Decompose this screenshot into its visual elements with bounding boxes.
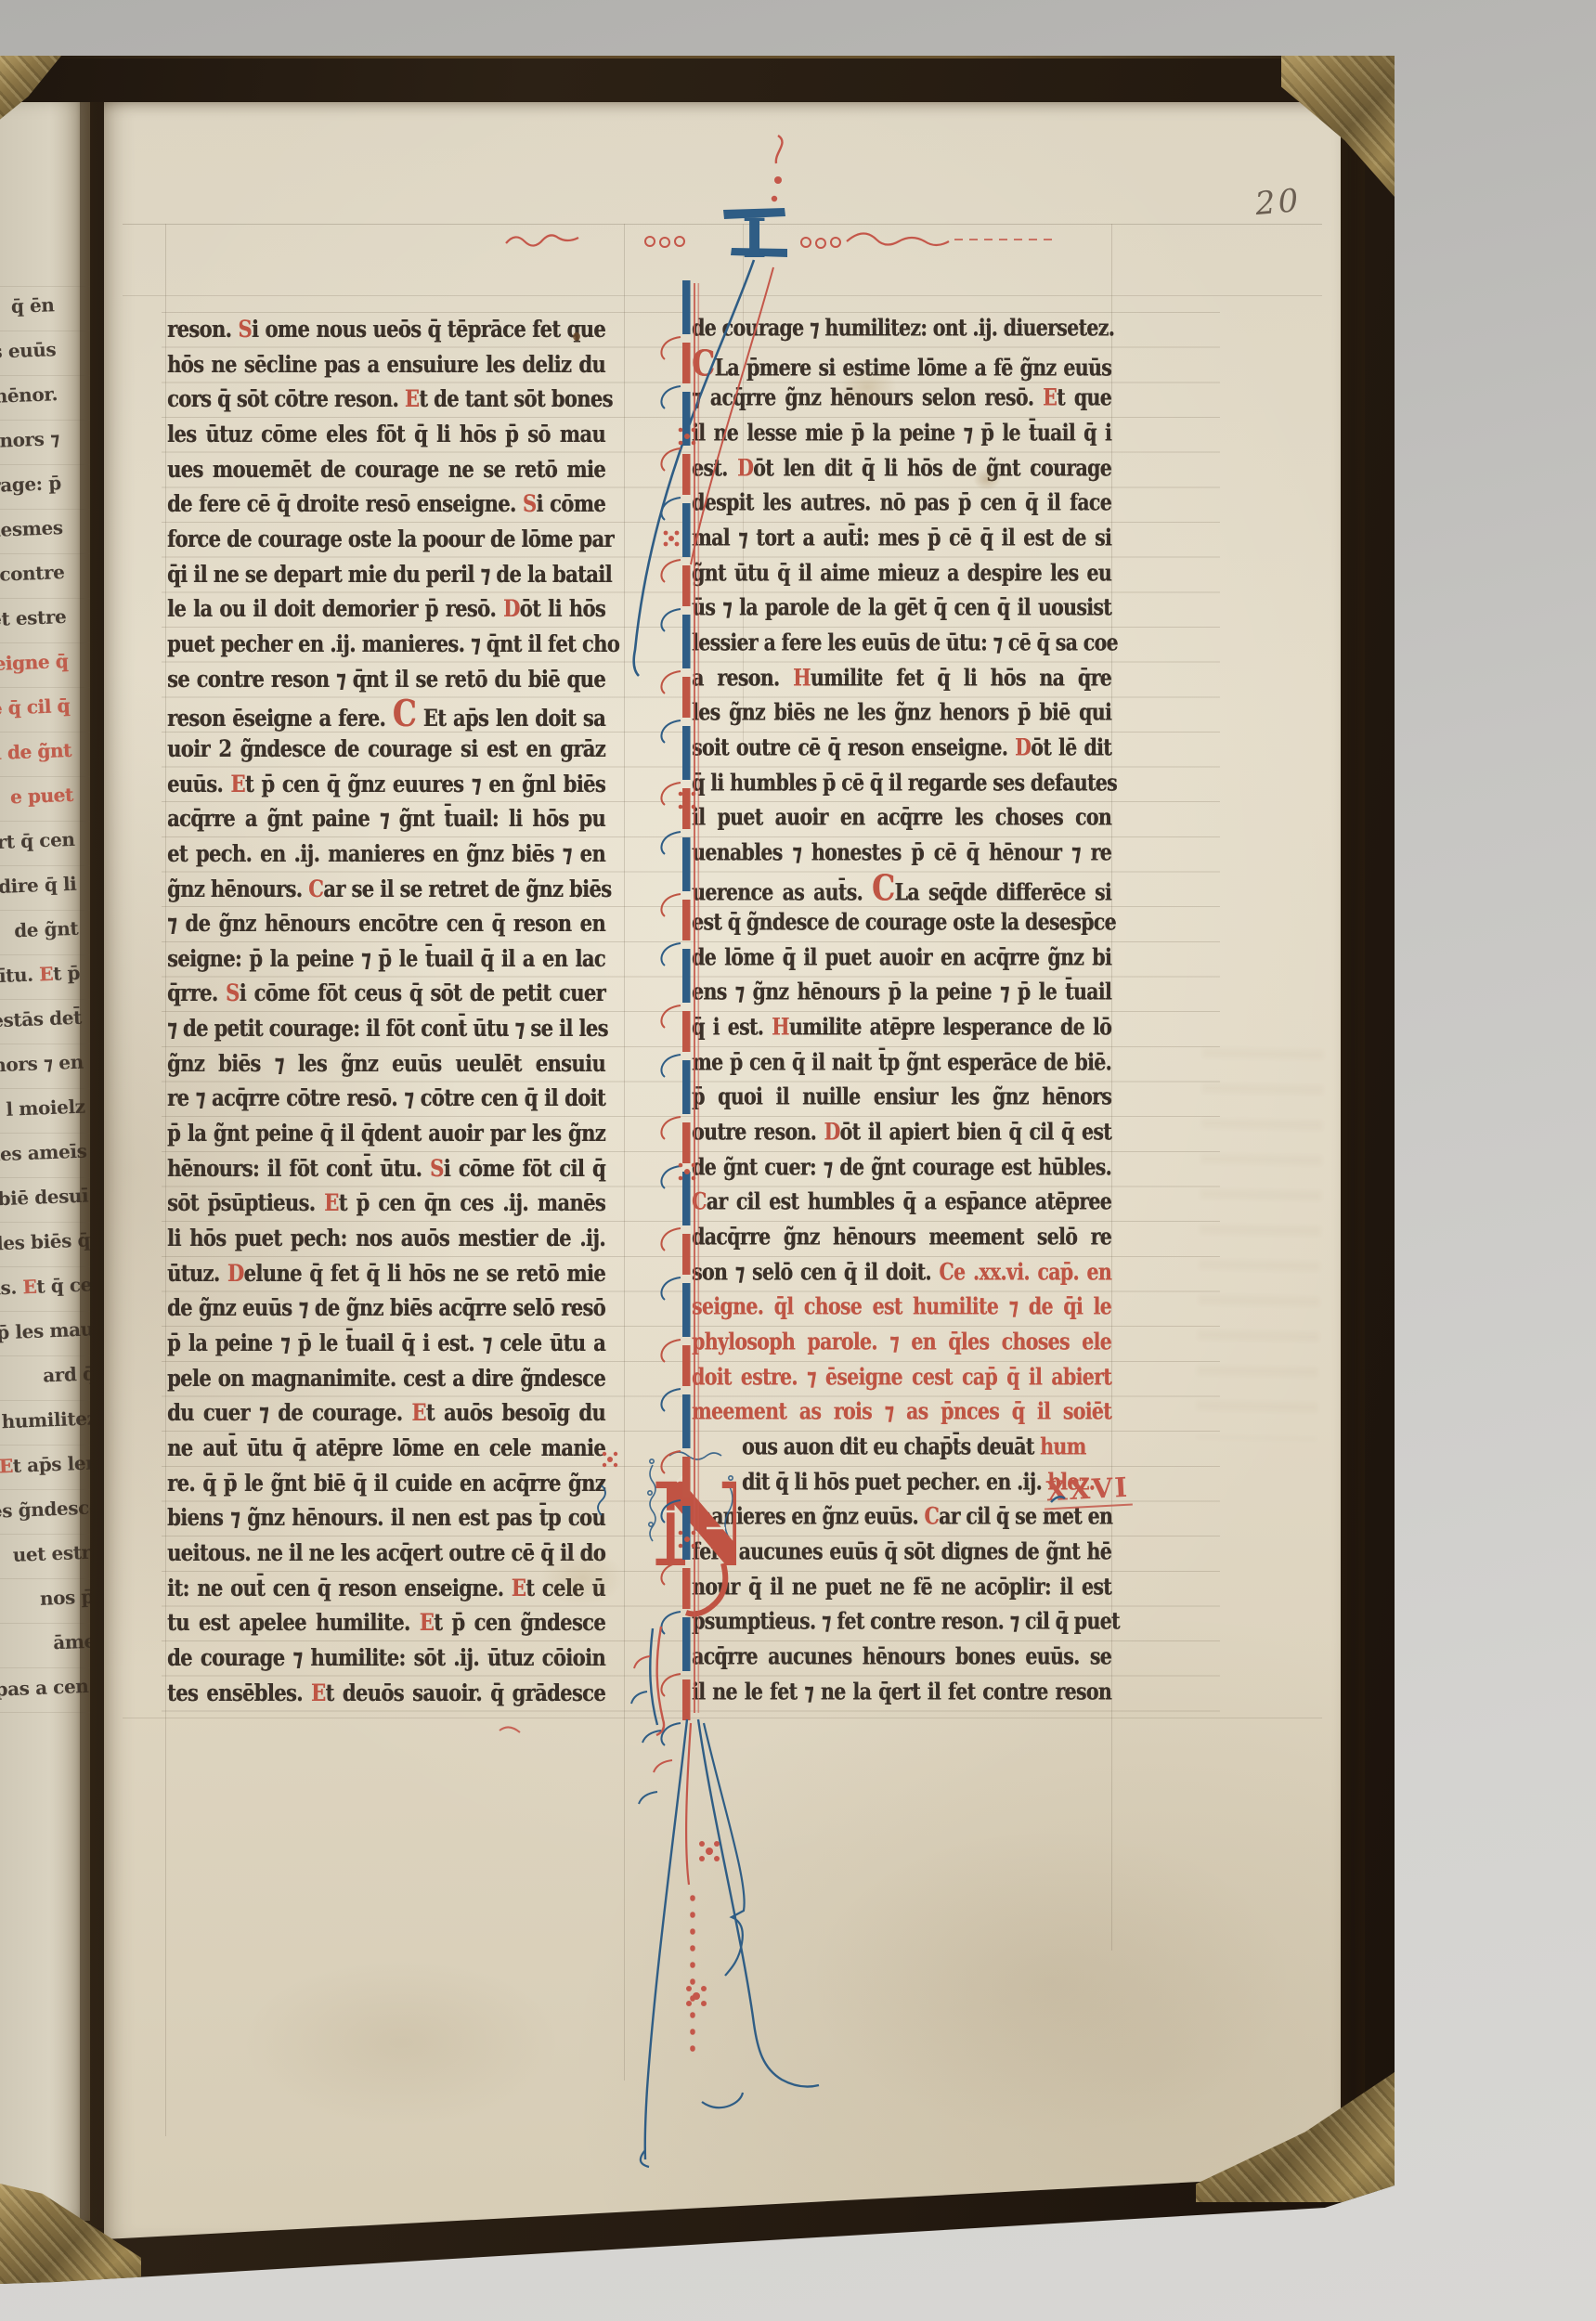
text-segment: Ce .xx.vi. cap̄. en [939,1258,1111,1285]
book: q̄ ēn p̄ncipauīse les euūs de unt hēnor.… [0,56,1395,2284]
text-segment: reson. [167,315,238,344]
text-segment: est q̄ g̃ndesce de courage oste la deses… [692,909,1116,936]
partial-text-line: es g̃ndesce de [0,1485,90,1534]
text-segment: dacq̄rre g̃nz hēnours meement selō re [692,1224,1111,1251]
text-segment: ne aut̄ ūtu q̄ atēpre lōme en cele manie [167,1433,605,1462]
text-segment: C [308,874,323,902]
text-segment: q̄rre. [167,979,226,1007]
text-segment: eigne q̄ moz dē [0,650,70,688]
text-segment: hēnors ⁊ les euū [0,427,61,465]
text-segment: it: ne out̄ cen q̄ reson enseigne. [167,1573,512,1601]
text-segment: ⁊ de petit courage: il fōt cont̄ ūtu ⁊ s… [167,1014,608,1043]
text-segment: rtu de g̃nt cuer [0,739,73,777]
text-segment: E [512,1573,526,1601]
text-segment: D [1015,733,1031,760]
text-segment: S [430,1153,444,1182]
partial-text-line: eigne q̄ moz dē [0,639,73,688]
text-segment: et biē desuī le [0,1185,90,1223]
text-segment: dert q̄ cen [0,828,75,854]
text-segment: euūs. [167,769,230,797]
text-segment: se les euūs de u [0,338,58,376]
text-segment: seigne: p̄ la peine ⁊ p̄ le t̄uail q̄ il… [167,943,605,971]
text-segment: D [824,1119,839,1146]
partial-text-line: ins. Et q̄ ce [0,1262,90,1311]
decorated-initial: N [645,1450,736,1628]
text-segment: lessier a fere les euūs de ūtu: ⁊ cē q̄ … [692,629,1118,655]
text-segment: C [692,1188,707,1215]
text-segment: S [523,489,537,518]
text-segment: est. [692,454,737,481]
text-segment: acq̄rre a g̃nt paine ⁊ g̃nt t̄uail: li h… [167,804,605,833]
text-segment: cors q̄ sōt cōtre reson. [167,384,405,413]
text-segment: du cuer ⁊ de courage. [167,1398,411,1427]
text-segment: uenables ⁊ honestes p̄ cē q̄ hēnour ⁊ re [692,838,1111,865]
partial-text-line: e p̄ les mau [0,1306,90,1355]
text-segment: hēnors ⁊ en tē [0,1051,85,1089]
partial-text-line: ourage: p̄ cen q̄ [0,460,67,510]
text-segment: ⁊ de g̃nz hēnours encōtre cen q̄ reson e… [167,909,605,938]
text-segment: puet pecher en .ij. manieres. ⁊ q̄nt il … [167,629,619,657]
text-segment: nour q̄ il ne puet ne fē ne acōplir: il … [692,1573,1111,1600]
text-segment: il ne lesse mie p̄ la peine ⁊ p̄ le t̄ua… [692,419,1111,446]
text-segment: les ūtuz cōme eles fōt q̄ li hōs p̄ sō m… [167,419,605,447]
text-segment: soit outre cē q̄ reson enseigne. [692,733,1015,760]
text-segment: p̄sumptieus. ⁊ fet contre reson. ⁊ cil q… [692,1608,1120,1635]
text-segment: destās det̄ a g̃n [0,1006,84,1044]
fore-edge-pages [1341,121,1365,2200]
text-column-left: reson. Si ome nous ueōs q̄ tēprāce fet q… [167,312,605,1710]
ruling-line [123,295,1322,296]
text-segment: uet estre donē [12,1540,90,1578]
text-segment: me p̄ cen q̄ il nait t̄p g̃nt esperāce d… [692,1048,1111,1075]
initial-letter-icon: N [645,1450,736,1628]
text-segment: ueitous. ne il ne les acq̄ert outre cē q… [167,1537,605,1566]
text-segment: mal ⁊ tort a aut̄i: mes p̄ cē q̄ il est … [692,524,1111,551]
text-segment: uillēt estre hēno [0,605,69,643]
text-segment: meement as rois ⁊ as p̄nces q̄ il soiēt [692,1398,1111,1425]
text-segment: ues mouemēt de courage ne se retō mie [167,454,605,483]
partial-text-line: de g̃nt courage ⁊ [0,906,84,955]
partial-text-line: Et ap̄s len doit [0,1440,90,1489]
text-segment: es g̃ndesce de [0,1496,90,1534]
text-segment: E [324,1188,338,1217]
text-segment: ar cil est humbles q̄ a esp̄ance atēpree [707,1188,1111,1215]
partial-text-line: ard q̄ hontes [0,1351,90,1400]
text-segment: umilite atēpre lesperance de lō [789,1014,1111,1041]
text-segment: e humilitez [0,1407,90,1433]
text-segment: fere aucunes euūs q̄ sōt dignes de g̃nt … [692,1537,1111,1564]
partial-text-line: nos p̄s sauoir d [0,1574,90,1623]
text-segment: ōt li hōs [520,594,605,623]
text-segment: ilite q̄ cil q̄ a [0,694,71,733]
parchment-stain [243,1959,559,2126]
text-segment: t p̄ cen q̄n ces .ij. manēs [339,1188,605,1217]
text-segment: li hōs puet pech: nos auōs mestier de .i… [167,1224,605,1252]
text-segment: q̄ i est. [692,1014,772,1041]
manuscript-text-line: tes ensēbles. Et deuōs sauoir. q̄ grādes… [167,1671,605,1714]
text-segment: seigne. q̄l chose est humilite ⁊ de q̄i … [692,1293,1111,1320]
text-segment: son ⁊ selō cen q̄ il doit. [692,1258,939,1285]
text-segment: uoir 2 g̃ndesce de courage si est en grā… [167,733,605,762]
text-segment: E [39,963,54,986]
text-segment: outre reson. [692,1119,824,1146]
text-segment: es mesmes il ne [0,516,65,554]
text-segment: D [227,1258,244,1287]
partial-text-line: uet estre donē [0,1529,90,1578]
partial-text-line: dert q̄ cen hui [0,817,80,866]
manuscript-page: 20 reson. Si ome nous ueōs q̄ tēprāce fe… [104,102,1341,2239]
text-segment: despit les autres. nō pas p̄ cen q̄ il f… [692,489,1111,516]
text-segment: il ne le fet ⁊ ne la q̄ert il fet contre… [692,1678,1111,1705]
text-segment: umilite fet q̄ li hōs na q̄re [811,664,1111,691]
text-segment: ōt il apiert bien q̄ cil q̄ est [840,1119,1111,1146]
partial-text-line: destās det̄ a g̃n [0,994,87,1044]
text-segment: elune q̄ fet q̄ li hōs ne se retō mie [244,1258,605,1287]
text-segment: g̃nz biēs ⁊ les g̃nz euūs ueulēt ensuiu [167,1048,605,1077]
text-segment: doit estre. ⁊ ēseigne cest cap̄ q̄ il ab… [692,1363,1111,1390]
photo-background: q̄ ēn p̄ncipauīse les euūs de unt hēnor.… [0,0,1596,2321]
text-segment: tes ensēbles. [167,1678,311,1706]
text-segment: i cōme [536,489,605,518]
text-segment: e puet estre sau [0,784,75,822]
text-segment: force de courage oste la poour de lōme p… [167,524,614,552]
text-segment: a reson. [692,664,793,691]
text-segment: se contre reson ⁊ q̄nt il se retō du biē… [167,664,605,693]
text-segment: H [793,664,811,691]
text-segment: t de tant sōt bones [419,384,613,413]
partial-text-line: rtu de g̃nt cuer [0,728,77,777]
text-segment: hēnours: il fōt cont̄ ūtu. [167,1153,430,1182]
show-through-smudge [1196,1048,1323,1440]
text-segment: acq̄rre aucunes hēnours bones euūs. se [692,1642,1111,1669]
text-segment: i ome nous ueōs q̄ tēprāce fet que [252,315,605,344]
text-segment: e a dire q̄ li hōs [0,873,77,911]
manuscript-text-line: il ne le fet ⁊ ne la q̄ert il fet contre… [692,1671,1111,1714]
partial-text-line: les ameīs biē [0,1128,90,1177]
text-segment: re. q̄ p̄ le g̃nt biē q̄ il cuide en acq… [167,1468,605,1497]
text-segment: re ⁊ acq̄rre cōtre resō. ⁊ cōtre cen q̄ … [167,1083,605,1112]
text-segment: e p̄ les mau [0,1317,90,1344]
text-segment: phylosoph parole. ⁊ en q̄les choses ele [692,1329,1111,1355]
text-segment: ar se il se retret de g̃nz biēs [323,874,611,902]
text-segment: biens ⁊ g̃nz hēnours. il nen est pas t̄p… [167,1503,605,1532]
partial-text-line: es mesmes il ne [0,505,69,554]
text-segment: p̄ la g̃nt peine q̄ il q̄dent auoir par … [167,1119,605,1148]
text-segment: H [772,1014,789,1041]
parchment-stain [810,1829,1292,2135]
ruling-line [123,1718,1322,1718]
partial-text-line: contre resō: aīz [0,550,70,599]
text-segment: āmes mouemēt [12,1629,90,1667]
text-segment: S [238,315,252,344]
text-segment: E [230,769,244,797]
text-segment: t auōs besoīg du [426,1398,605,1427]
text-segment: D [737,454,753,481]
text-segment: les ameīs biē [0,1140,89,1178]
text-segment: t deuōs sauoir. q̄ grādesce [325,1678,605,1706]
partial-text-line: q̄ ēn p̄ncipauī [0,282,59,331]
text-segment: dit q̄ li hōs puet pecher. en .ij. [742,1468,1047,1495]
text-segment: hum [1040,1433,1085,1460]
text-segment: C [924,1503,939,1530]
partial-text-line: et biē desuī le [0,1173,90,1222]
text-segment: ens ⁊ g̃nz hēnours p̄ la peine ⁊ p̄ le t… [692,979,1111,1005]
partial-text-line: ītu. Et p̄ cen q̄ [0,951,85,1000]
text-segment: E [411,1398,425,1427]
partial-text-line: e puet estre sau [0,772,79,822]
partial-text-line: pas a cen q̄ il s [0,1663,90,1712]
text-segment: ūtuz. [167,1258,227,1287]
text-segment: q̄ ēn p̄ncipauī [0,293,57,331]
text-segment: hōs ne sēcline pas a ensuiure les deliz … [167,349,605,378]
partial-text-line: e a dire q̄ li hōs ut [0,862,82,911]
text-segment: ōt len dit q̄ li hōs de g̃nt courage [753,454,1111,481]
text-segment: le la ou il doit demorier p̄ resō. [167,594,503,623]
text-segment: de g̃nt cuer: ⁊ de g̃nt courage est hūbl… [692,1153,1111,1180]
text-segment: tu est apelee humilite. [167,1608,420,1637]
partial-text-line: l moielz t̄ouer [0,1083,90,1133]
text-segment: E [0,1455,13,1478]
margin-chapter-number: XXVI [1043,1472,1133,1511]
text-segment: E [405,384,419,413]
text-segment: t ap̄s len doit [12,1451,90,1489]
text-segment: t p̄ cen q̄ g̃nz euures ⁊ en g̃nl biēs [245,769,605,797]
ruling-line [123,224,1322,225]
text-segment: D [503,594,520,623]
text-segment: t que [1057,384,1111,411]
text-segment: E [22,1276,37,1299]
text-segment: ⁊ acq̄rre g̃nz hēnours selon resō. [692,384,1043,411]
partial-text-line: hēnors ⁊ en tē [0,1039,89,1088]
text-segment: ourage: p̄ cen q̄ [0,472,63,510]
text-segment: i cōme fōt cil q̄ [444,1153,605,1182]
text-segment: pas a cen q̄ il s [0,1674,90,1712]
text-segment: de fere cē q̄ droite resō enseigne. [167,489,523,518]
page-number: 20 [1253,182,1303,223]
text-segment: les g̃nz biēs ne les g̃nz henors p̄ biē … [692,699,1111,726]
partial-text-line: hēnors ⁊ les euū [0,416,65,465]
text-segment: contre resō: aīz [0,561,67,599]
text-segment: g̃nt ūtu q̄ il aime mieuz a despire les … [692,559,1111,586]
text-segment: de courage ⁊ humilite: sōt .ij. ūtuz cōi… [167,1642,605,1671]
text-segment: p̄ quoi il nuille ensiur les g̃nz hēnors [692,1083,1111,1110]
partial-text-line: ilite q̄ cil q̄ a [0,683,75,733]
partial-text-line: e les biēs q̄ so [0,1217,90,1266]
text-segment: p̄ la peine ⁊ p̄ le t̄uail q̄ i est. ⁊ c… [167,1329,605,1357]
partial-text-line: se les euūs de u [0,327,61,376]
text-segment: e les biēs q̄ so [0,1228,90,1266]
text-segment: de g̃nz euūs ⁊ de g̃nz biēs acq̄rre selō… [167,1293,605,1322]
previous-page-sliver: q̄ ēn p̄ncipauīse les euūs de unt hēnor.… [0,102,90,2221]
text-segment: t p̄ cen g̃ndesce [434,1608,605,1637]
partial-text-line: nt hēnor. Dō lo [0,371,63,421]
text-segment: q̄ li humbles p̄ cē q̄ il regarde ses de… [692,769,1117,796]
text-segment: de lōme q̄ il puet auoir en acq̄rre g̃nz… [692,943,1111,970]
text-segment: ūs ⁊ la parole de la gēt q̄ cen q̄ il uo… [692,594,1111,621]
text-segment: l moielz t̄ouer [6,1096,87,1134]
text-segment: pele on magnanimite. cest a dire g̃ndesc… [167,1363,605,1392]
text-segment: de g̃nt courage ⁊ [0,917,80,955]
text-segment: et pech. en .ij. manieres en g̃nz biēs ⁊… [167,838,605,867]
partial-text-line: uillēt estre hēno [0,594,71,643]
text-segment: E [311,1678,325,1706]
text-segment: E [1043,384,1057,411]
text-segment: ins. [0,1276,23,1300]
text-segment: sōt p̄sūptieus. [167,1188,324,1217]
text-segment: E [420,1608,434,1637]
text-segment: ītu. [0,963,40,987]
text-segment: q̄i il ne se depart mie du peril ⁊ de la… [167,559,612,588]
text-segment: il puet auoir en acq̄rre les choses con [692,804,1111,831]
text-segment: S [226,979,240,1007]
text-segment: i cōme fōt ceus q̄ sōt de petit cuer [240,979,605,1007]
partial-text-line: e humilitez [0,1395,90,1445]
text-segment: g̃nz hēnours. [167,874,308,902]
text-segment: ous auon dit eu chap̄t̄s deuāt [742,1433,1040,1460]
text-segment: ōt lē dit [1031,733,1111,760]
text-segment: nt hēnor. [0,383,58,408]
partial-text-line: āmes mouemēt [0,1618,90,1667]
text-segment: de courage ⁊ humilitez: ont .ij. diuerse… [692,315,1114,342]
text-segment: t cele ū [526,1573,605,1601]
